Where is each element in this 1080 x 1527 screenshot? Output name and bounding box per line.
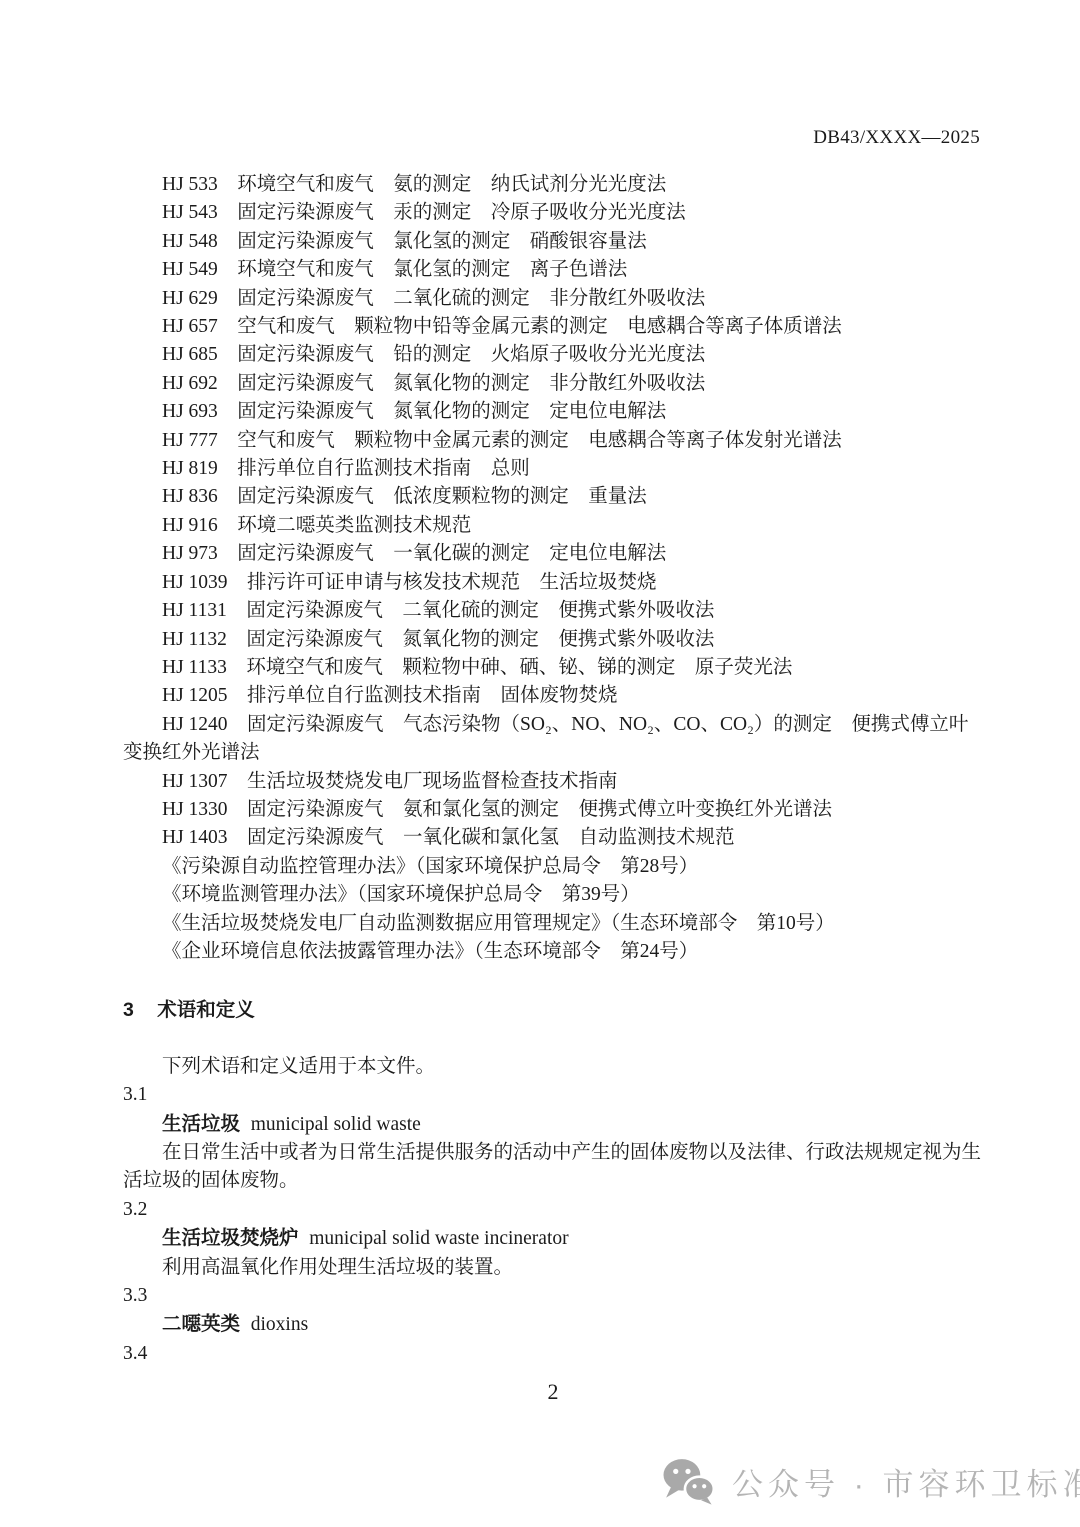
reference-entry: HJ 836 固定污染源废气 低浓度颗粒物的测定 重量法 (123, 483, 983, 511)
reference-entry: HJ 1403 固定污染源废气 一氧化碳和氯化氢 自动监测技术规范 (123, 824, 983, 852)
term-definition-3-2: 利用高温氧化作用处理生活垃圾的装置。 (123, 1254, 983, 1282)
reference-entry: HJ 1205 排污单位自行监测技术指南 固体废物焚烧 (123, 682, 983, 710)
section-heading: 3术语和定义 (123, 996, 983, 1024)
reference-entry: HJ 1330 固定污染源废气 氨和氯化氢的测定 便携式傅立叶变换红外光谱法 (123, 796, 983, 824)
term-zh: 生活垃圾焚烧炉 (162, 1227, 299, 1249)
reference-entry: HJ 1039 排污许可证申请与核发技术规范 生活垃圾焚烧 (123, 569, 983, 597)
reference-entry: HJ 657 空气和废气 颗粒物中铅等金属元素的测定 电感耦合等离子体质谱法 (123, 313, 983, 341)
regulation-entry: 《环境监测管理办法》（国家环境保护总局令 第39号） (123, 881, 983, 909)
term-zh: 生活垃圾 (162, 1113, 240, 1135)
reference-entry: HJ 777 空气和废气 颗粒物中金属元素的测定 电感耦合等离子体发射光谱法 (123, 427, 983, 455)
term-id-3-4: 3.4 (123, 1340, 983, 1368)
reference-entry: HJ 629 固定污染源废气 二氧化硫的测定 非分散红外吸收法 (123, 285, 983, 313)
regulation-entry: 《生活垃圾焚烧发电厂自动监测数据应用管理规定》（生态环境部令 第10号） (123, 910, 983, 938)
hj-reference-list: HJ 533 环境空气和废气 氨的测定 纳氏试剂分光光度法HJ 543 固定污染… (123, 171, 983, 853)
page-number: 2 (123, 1378, 983, 1406)
reference-entry: HJ 549 环境空气和废气 氯化氢的测定 离子色谱法 (123, 256, 983, 284)
page-content: HJ 533 环境空气和废气 氨的测定 纳氏试剂分光光度法HJ 543 固定污染… (123, 171, 983, 1407)
term-en: municipal solid waste (251, 1114, 421, 1135)
term-id-3-2: 3.2 (123, 1196, 983, 1224)
reference-entry: HJ 692 固定污染源废气 氮氧化物的测定 非分散红外吸收法 (123, 370, 983, 398)
regulation-reference-list: 《污染源自动监控管理办法》（国家环境保护总局令 第28号）《环境监测管理办法》（… (123, 853, 983, 967)
reference-entry: HJ 548 固定污染源废气 氯化氢的测定 硝酸银容量法 (123, 228, 983, 256)
reference-entry: HJ 533 环境空气和废气 氨的测定 纳氏试剂分光光度法 (123, 171, 983, 199)
watermark: 公众号 · 市容环卫标准化 (660, 1448, 1080, 1514)
term-en: dioxins (251, 1314, 308, 1335)
reference-entry: HJ 1240 固定污染源废气 气态污染物（SO₂、NO、NO₂、CO、CO₂）… (123, 711, 983, 768)
reference-entry: HJ 1307 生活垃圾焚烧发电厂现场监督检查技术指南 (123, 768, 983, 796)
wechat-icon (660, 1456, 716, 1506)
doc-number: DB43/XXXX—2025 (123, 127, 980, 149)
reference-entry: HJ 693 固定污染源废气 氮氧化物的测定 定电位电解法 (123, 398, 983, 426)
term-definition-3-1: 在日常生活中或者为日常生活提供服务的活动中产生的固体废物以及法律、行政法规规定视… (123, 1139, 983, 1196)
watermark-text: 公众号 · 市容环卫标准化 (732, 1459, 1080, 1504)
term-name-3-1: 生活垃圾municipal solid waste (123, 1110, 983, 1139)
reference-entry: HJ 819 排污单位自行监测技术指南 总则 (123, 455, 983, 483)
term-name-3-3: 二噁英类dioxins (123, 1310, 983, 1339)
section-intro: 下列术语和定义适用于本文件。 (123, 1053, 983, 1081)
regulation-entry: 《企业环境信息依法披露管理办法》（生态环境部令 第24号） (123, 938, 983, 966)
reference-entry: HJ 1131 固定污染源废气 二氧化硫的测定 便携式紫外吸收法 (123, 597, 983, 625)
term-id-3-1: 3.1 (123, 1081, 983, 1109)
reference-entry: HJ 543 固定污染源废气 汞的测定 冷原子吸收分光光度法 (123, 199, 983, 227)
document-page: DB43/XXXX—2025 HJ 533 环境空气和废气 氨的测定 纳氏试剂分… (0, 0, 1080, 1527)
term-name-3-2: 生活垃圾焚烧炉municipal solid waste incinerator (123, 1224, 983, 1253)
reference-entry: HJ 1133 环境空气和废气 颗粒物中砷、硒、铋、锑的测定 原子荧光法 (123, 654, 983, 682)
reference-entry: HJ 685 固定污染源废气 铅的测定 火焰原子吸收分光光度法 (123, 341, 983, 369)
reference-entry: HJ 916 环境二噁英类监测技术规范 (123, 512, 983, 540)
section-number: 3 (123, 999, 134, 1021)
section-title: 术语和定义 (157, 999, 255, 1021)
reference-entry: HJ 1132 固定污染源废气 氮氧化物的测定 便携式紫外吸收法 (123, 626, 983, 654)
regulation-entry: 《污染源自动监控管理办法》（国家环境保护总局令 第28号） (123, 853, 983, 881)
term-zh: 二噁英类 (162, 1313, 240, 1335)
term-en: municipal solid waste incinerator (309, 1228, 568, 1249)
reference-entry: HJ 973 固定污染源废气 一氧化碳的测定 定电位电解法 (123, 540, 983, 568)
term-id-3-3: 3.3 (123, 1282, 983, 1310)
